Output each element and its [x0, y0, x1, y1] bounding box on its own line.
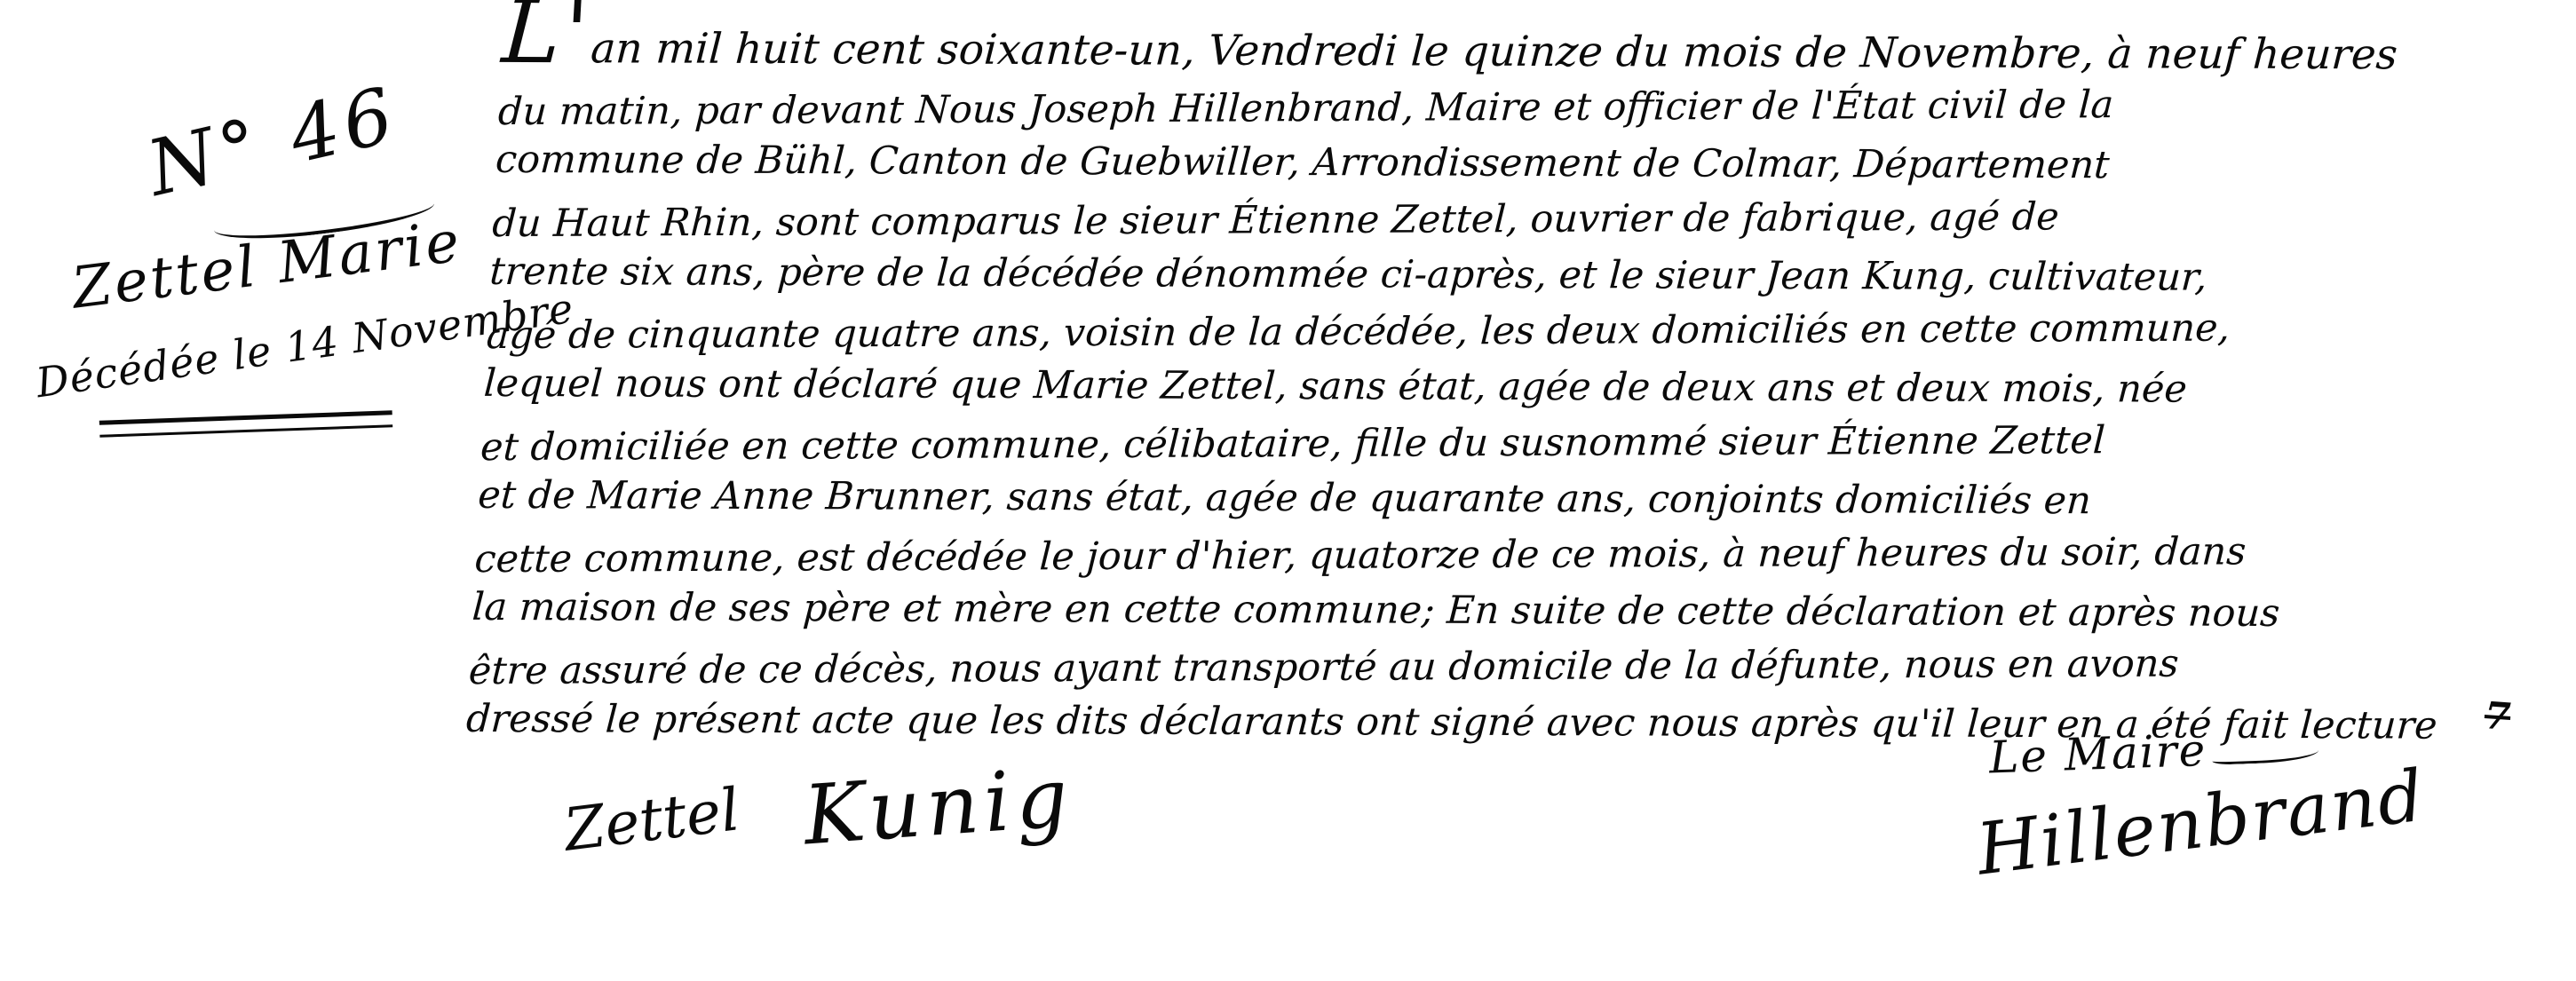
act-line: lequel nous ont déclaré que Marie Zettel… [482, 356, 2567, 419]
act-line: la maison de ses père et mère en cette c… [471, 580, 2556, 643]
paraph-mark: 7 [2483, 693, 2512, 739]
act-line: du matin, par devant Nous Joseph Hillenb… [496, 75, 2576, 140]
act-line: commune de Bühl, Canton de Guebwiller, A… [494, 132, 2576, 195]
signature-zettel: Zettel [560, 775, 743, 865]
act-line: et domiciliée en cette commune, célibata… [480, 411, 2565, 476]
act-line: trente six ans, père de la décédée dénom… [488, 244, 2573, 307]
act-line: L'an mil huit cent soixante-un, Vendredi… [500, 11, 2576, 83]
act-line: être assuré de ce décès, nous ayant tran… [467, 635, 2553, 700]
act-line: et de Marie Anne Brunner, sans état, agé… [477, 468, 2562, 531]
act-number: N° 46 [139, 70, 406, 214]
act-line: du Haut Rhin, sont comparus le sieur Éti… [491, 187, 2576, 252]
act-text-block: L'an mil huit cent soixante-un, Vendredi… [464, 14, 2576, 751]
double-underline [99, 410, 392, 438]
signature-kunig: Kunig [801, 750, 1076, 864]
act-line: cette commune, est décédée le jour d'hie… [473, 523, 2559, 588]
act-line: agé de cinquante quatre ans, voisin de l… [485, 299, 2571, 364]
death-record-page: N° 46 Zettel Marie Décédée le 14 Novembr… [0, 0, 2576, 981]
